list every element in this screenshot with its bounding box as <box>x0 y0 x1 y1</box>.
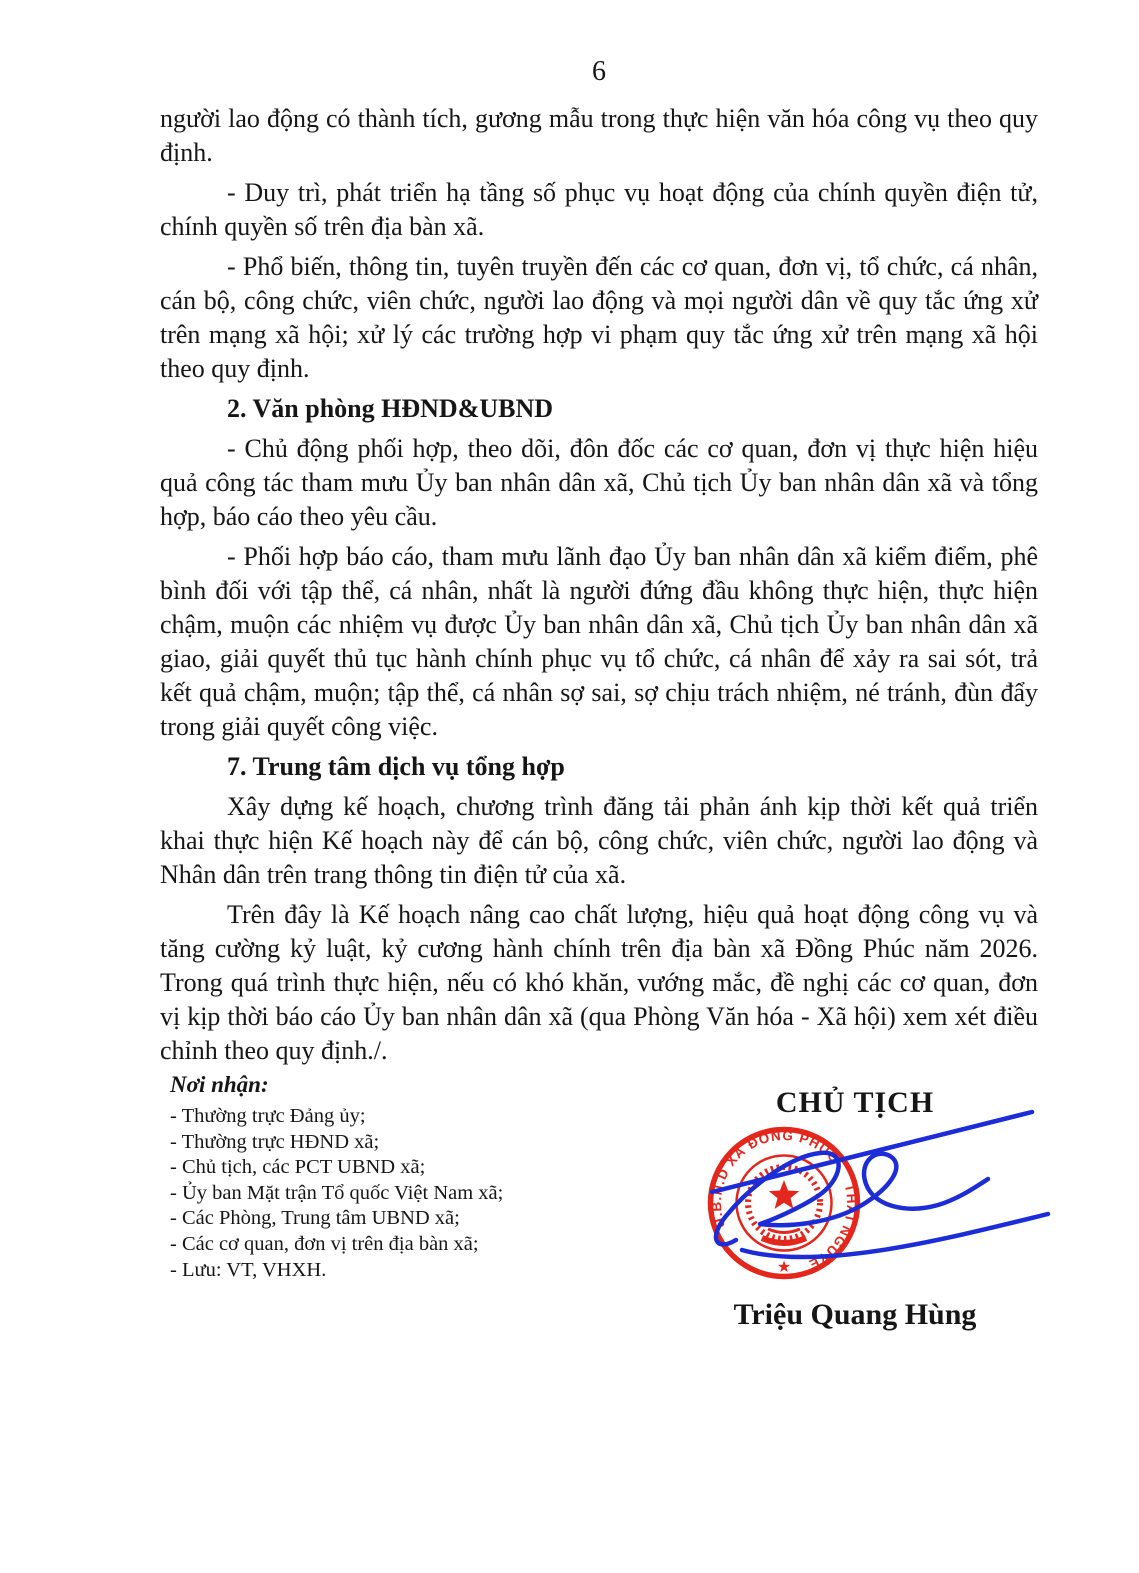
paragraph: Trên đây là Kế hoạch nâng cao chất lượng… <box>160 898 1038 1068</box>
signer-name: Triệu Quang Hùng <box>655 1298 1055 1332</box>
recipients-block: Nơi nhận: - Thường trực Đảng ủy; - Thườn… <box>170 1072 610 1283</box>
paragraph: người lao động có thành tích, gương mẫu … <box>160 102 1038 170</box>
paragraph: - Phối hợp báo cáo, tham mưu lãnh đạo Ủy… <box>160 540 1038 744</box>
paragraph: - Phổ biến, thông tin, tuyên truyền đến … <box>160 250 1038 386</box>
recipient-item: - Thường trực HĐND xã; <box>170 1130 610 1156</box>
recipient-item: - Các cơ quan, đơn vị trên địa bàn xã; <box>170 1232 610 1258</box>
recipient-item: - Thường trực Đảng ủy; <box>170 1104 610 1130</box>
recipients-label: Nơi nhận: <box>170 1072 610 1098</box>
paragraph: - Duy trì, phát triển hạ tầng số phục vụ… <box>160 176 1038 244</box>
section-heading: 2. Văn phòng HĐND&UBND <box>160 392 1038 426</box>
paragraph: - Chủ động phối hợp, theo dõi, đôn đốc c… <box>160 432 1038 534</box>
paragraph: Xây dựng kế hoạch, chương trình đăng tải… <box>160 790 1038 892</box>
section-heading: 7. Trung tâm dịch vụ tổng hợp <box>160 750 1038 784</box>
recipient-item: - Chủ tịch, các PCT UBND xã; <box>170 1155 610 1181</box>
document-body: người lao động có thành tích, gương mẫu … <box>160 102 1038 1068</box>
recipient-item: - Các Phòng, Trung tâm UBND xã; <box>170 1206 610 1232</box>
page-number: 6 <box>160 56 1038 88</box>
recipient-item: - Ủy ban Mặt trận Tổ quốc Việt Nam xã; <box>170 1181 610 1207</box>
emblem-star-icon <box>769 1180 799 1209</box>
document-page: { "page_number": "6", "body": { "paragra… <box>0 0 1139 1573</box>
stamp-bottom-star-icon: ★ <box>777 1259 791 1276</box>
recipient-item: - Lưu: VT, VHXH. <box>170 1258 610 1284</box>
stamp-and-signature: U.B.N.D XÃ ĐỒNG PHÚC T.THÁI NGUYÊN ★ <box>650 1100 1060 1295</box>
